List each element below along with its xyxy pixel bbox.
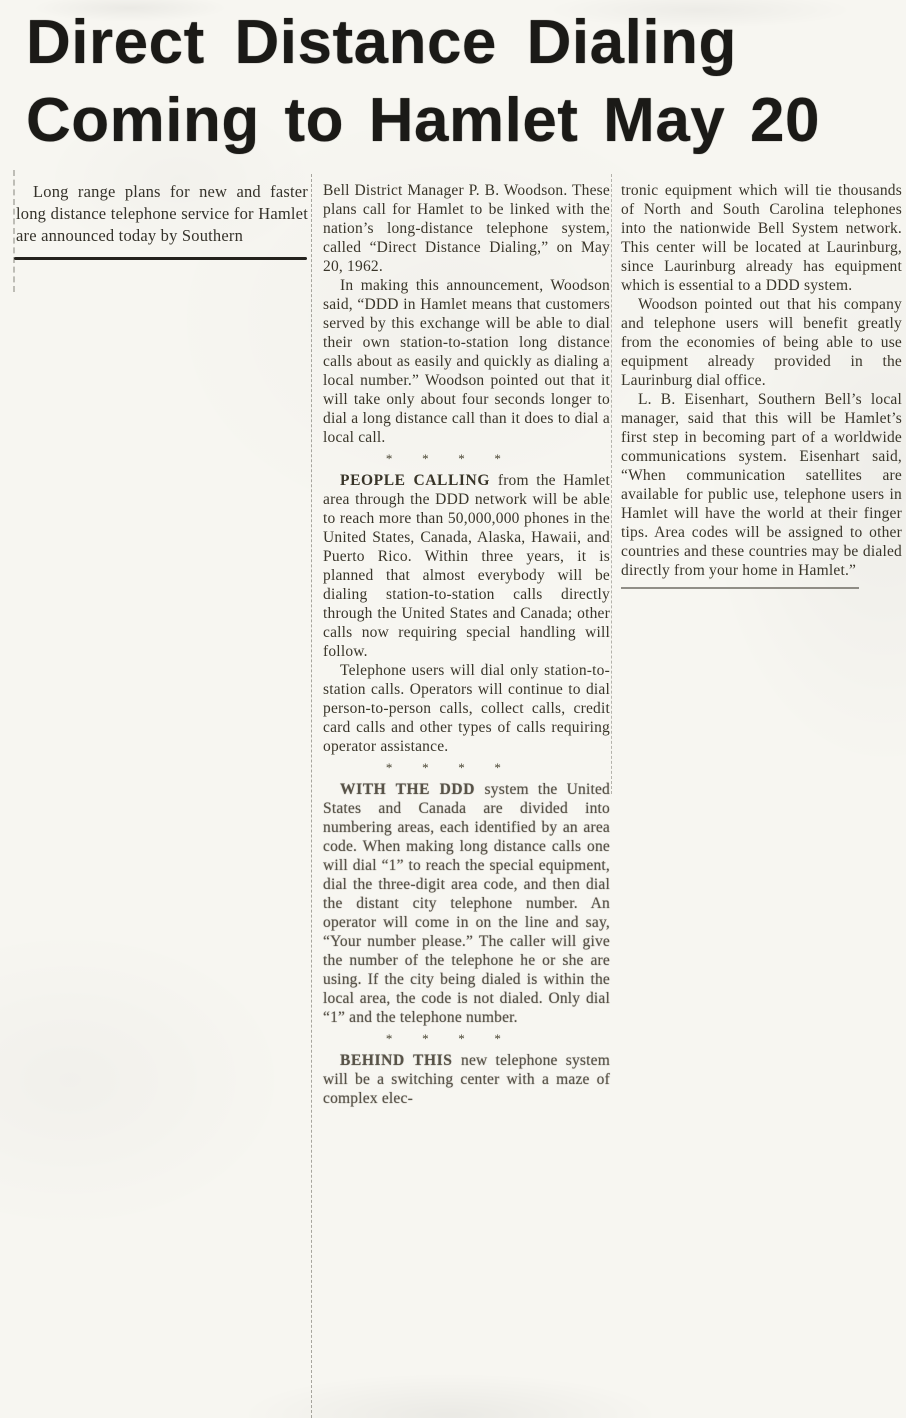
section-separator-stars: * * * * <box>323 447 610 471</box>
article-paragraph: In making this announcement, Woodson sai… <box>323 276 610 447</box>
paragraph-lead: PEOPLE CALLING <box>340 472 498 489</box>
paragraph-lead: BEHIND THIS <box>340 1052 461 1069</box>
divider-rule <box>14 257 307 260</box>
article-paragraph: tronic equipment which will tie thousand… <box>621 181 902 295</box>
divider-rule <box>621 587 859 589</box>
column-rule-line <box>611 174 612 794</box>
article-paragraph: L. B. Eisenhart, Southern Bell’s local m… <box>621 390 902 580</box>
paragraph-lead: WITH THE DDD <box>340 781 485 798</box>
headline-line-2: Coming to Hamlet May 20 <box>26 82 820 160</box>
article-paragraph: Bell District Manager P. B. Woodson. The… <box>323 181 610 276</box>
article-paragraph: Telephone users will dial only station-t… <box>323 661 610 756</box>
article-paragraph: BEHIND THIS new telephone system will be… <box>323 1051 610 1108</box>
article-paragraph: Woodson pointed out that his company and… <box>621 295 902 390</box>
headline: Direct Distance Dialing Coming to Hamlet… <box>26 4 820 160</box>
article-column-1: Long range plans for new and faster long… <box>16 181 308 260</box>
section-separator-stars: * * * * <box>323 1027 610 1051</box>
column-rule-line <box>311 174 312 1418</box>
headline-line-1: Direct Distance Dialing <box>26 4 820 82</box>
article-paragraph: PEOPLE CALLING from the Hamlet area thro… <box>323 471 610 661</box>
article-paragraph: WITH THE DDD system the United States an… <box>323 780 610 1027</box>
article-column-3: tronic equipment which will tie thousand… <box>621 181 902 589</box>
column-rule-line <box>13 170 15 292</box>
newspaper-page: Direct Distance Dialing Coming to Hamlet… <box>0 0 906 1418</box>
article-paragraph: Long range plans for new and faster long… <box>16 181 308 247</box>
article-column-2: Bell District Manager P. B. Woodson. The… <box>323 181 610 1108</box>
section-separator-stars: * * * * <box>323 756 610 780</box>
